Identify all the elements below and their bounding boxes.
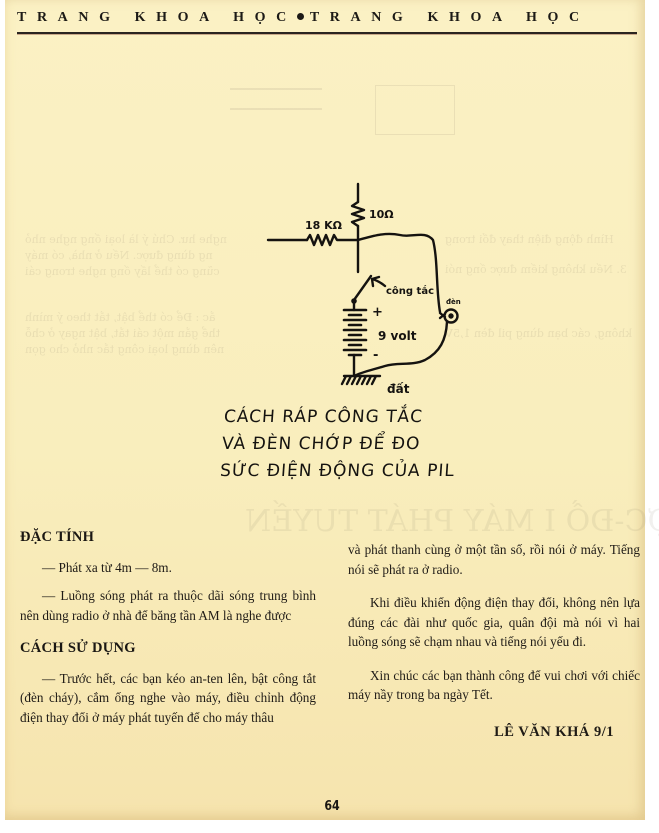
paragraph: — Phát xa từ 4m — 8m.	[20, 558, 316, 578]
label-18k: 18 KΩ	[305, 219, 343, 232]
label-plus: +	[372, 305, 383, 320]
caption-line: SỨC ĐIỆN ĐỘNG CỦA PIL	[219, 458, 461, 485]
resistor-18k-icon	[307, 235, 358, 245]
caption-line: CÁCH RÁP CÔNG TẮC	[223, 404, 465, 431]
label-bulb: đèn	[446, 298, 461, 306]
label-battery: 9 volt	[378, 329, 417, 343]
article-column-right: và phát thanh cùng ở một tần số, rồi nói…	[348, 540, 640, 742]
wire-to-bulb	[358, 234, 440, 312]
label-minus: -	[373, 348, 378, 363]
switch-arrow-icon	[372, 277, 385, 286]
switch-icon	[354, 276, 371, 300]
paragraph: Khi điều khiển động điện thay đổi, không…	[348, 593, 640, 652]
article-column-left: ĐẶC TÍNH — Phát xa từ 4m — 8m. — Luồng s…	[20, 528, 316, 727]
resistor-10-ohm-icon	[352, 202, 364, 226]
paragraph: và phát thanh cùng ở một tần số, rồi nói…	[348, 540, 640, 579]
caption-line: VÀ ĐÈN CHỚP ĐỂ ĐO	[221, 431, 463, 458]
section-heading-characteristics: ĐẶC TÍNH	[20, 528, 316, 548]
label-10-ohm: 10Ω	[369, 208, 394, 221]
page-number: 64	[324, 799, 339, 814]
author-signature: LÊ VĂN KHÁ 9/1	[348, 723, 640, 743]
schematic-caption: CÁCH RÁP CÔNG TẮC VÀ ĐÈN CHỚP ĐỂ ĐO SỨC …	[219, 404, 465, 485]
section-heading-usage: CÁCH SỬ DỤNG	[20, 639, 316, 659]
label-ground: đất	[387, 382, 410, 396]
paragraph: — Luồng sóng phát ra thuộc dãi sóng trun…	[20, 586, 316, 625]
label-switch: công tắc	[386, 284, 434, 297]
paragraph: Xin chúc các bạn thành công để vui chơi …	[348, 666, 640, 705]
battery-9v-icon	[344, 310, 366, 355]
ground-icon	[342, 376, 380, 384]
paragraph: — Trước hết, các bạn kéo an-ten lên, bật…	[20, 669, 316, 728]
